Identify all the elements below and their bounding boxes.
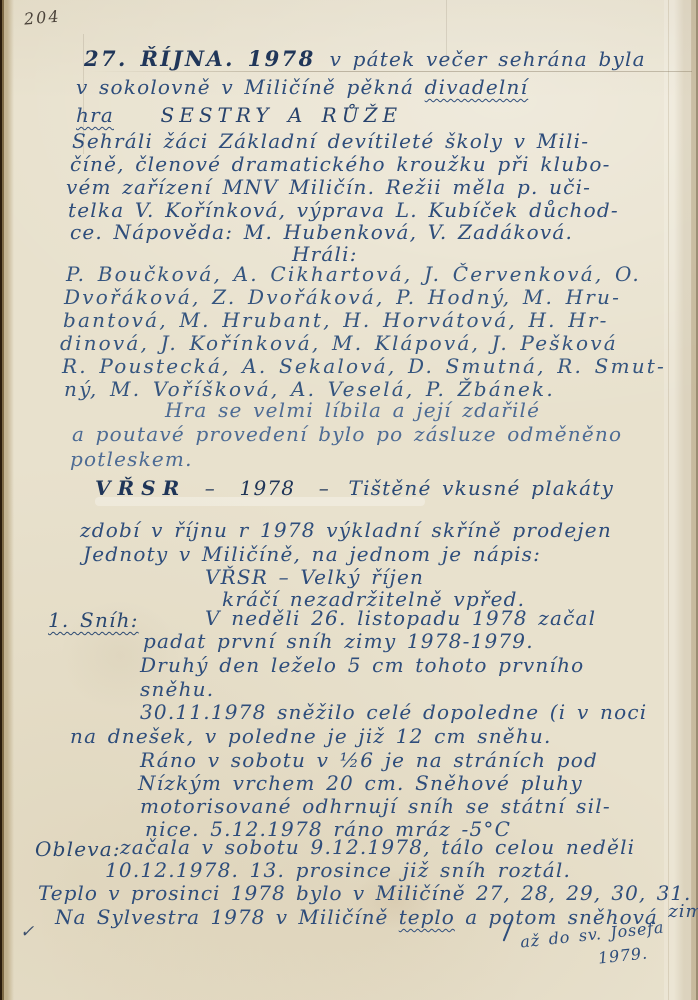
snow-line: padat první sníh zimy 1978-1979. [143, 630, 534, 652]
vrsr-heading-rest: Tištěné vkusné plakáty [349, 476, 615, 500]
snow-line: Ráno v sobotu v ½6 je na stráních pod [140, 749, 598, 771]
snow-line: sněhu. [140, 678, 214, 700]
theatre-body-line: číně, členové dramatického kroužku při k… [70, 153, 611, 175]
vrsr-body-line: zdobí v říjnu r 1978 výkladní skříně pro… [80, 519, 612, 541]
entry-theatre-line-3: hra SESTRY A RŮŽE [76, 104, 402, 126]
vrsr-abbr: VŘSR [95, 476, 186, 500]
theatre-body-line: ce. Nápověda: M. Hubenková, V. Zadáková. [70, 221, 573, 243]
play-title: SESTRY A RŮŽE [161, 103, 403, 127]
thaw-label: Obleva: [35, 838, 121, 860]
cast-line: dinová, J. Kořínková, M. Klápová, J. Peš… [60, 332, 618, 354]
book-binding-edge [0, 0, 14, 1000]
theatre-body-line: telka V. Kořínková, výprava L. Kubíček d… [68, 199, 619, 221]
page-number: 204 [23, 6, 61, 28]
closing-line: potleskem. [70, 448, 193, 470]
snow-line: na dnešek, v poledne je již 12 cm sněhu. [70, 725, 552, 747]
vrsr-slogan-line: VŘSR – Velký říjen [205, 566, 424, 588]
snow-line: motorisované odhrnují sníh se státní sil… [140, 795, 611, 817]
snow-line: Nízkým vrchem 20 cm. Sněhové pluhy [138, 772, 583, 794]
snow-line: V neděli 26. listopadu 1978 začal [205, 607, 596, 629]
vrsr-year: – 1978 – [205, 476, 330, 500]
faint-ruled-line [90, 71, 692, 72]
underlined-word-hra: hra [76, 103, 114, 127]
chronicle-page: 204 27. ŘÍJNA. 1978v pátek večer sehrána… [0, 0, 698, 1000]
theatre-body-line: Sehráli žáci Základní devítileté školy v… [72, 130, 589, 152]
cast-line: bantová, M. Hrubant, H. Horvátová, H. Hr… [63, 309, 609, 331]
cast-line: Dvořáková, Z. Dvořáková, P. Hodný, M. Hr… [64, 286, 621, 308]
snow-label: 1. Sníh: [48, 609, 139, 631]
cast-line: P. Boučková, A. Cikhartová, J. Červenkov… [66, 263, 641, 285]
snow-line: Druhý den leželo 5 cm tohoto prvního [140, 654, 584, 676]
vrsr-heading: VŘSR – 1978 – Tištěné vkusné plakáty [95, 477, 614, 499]
thaw-line: 10.12.1978. 13. prosince již sníh roztál… [105, 859, 571, 881]
sylvester-raised-word: zima [668, 901, 698, 922]
theatre-body-line: vém zařízení MNV Miličín. Režii měla p. … [66, 176, 591, 198]
thaw-line: začala v sobotu 9.12.1978, tálo celou ne… [120, 836, 635, 858]
line2-text: v sokolovně v Miličíně pěkná [76, 75, 414, 99]
entry-date-rest: v pátek večer sehrána byla [330, 47, 646, 71]
closing-line: a poutavé provedení bylo po zásluze odmě… [72, 423, 622, 445]
closing-line: Hra se velmi líbila a její zdařilé [165, 399, 540, 421]
cast-line: ný, M. Voříšková, A. Veselá, P. Žbánek. [64, 378, 555, 400]
checkmark: ✓ [20, 922, 34, 942]
december-note: Teplo v prosinci 1978 bylo v Miličíně 27… [38, 882, 698, 904]
snow-line: 30.11.1978 sněžilo celé dopoledne (i v n… [140, 701, 647, 723]
page-right-edge-shadow [674, 0, 698, 1000]
entry-date: 27. ŘÍJNA. 1978 [84, 46, 316, 71]
sylvester-pre: Na Sylvestra 1978 v Miličíně [55, 905, 388, 929]
entry-theatre-line-1: 27. ŘÍJNA. 1978v pátek večer sehrána byl… [84, 48, 646, 70]
page-fold-line [668, 0, 669, 1000]
entry-theatre-line-2: v sokolovně v Miličíně pěkná divadelní [76, 76, 528, 98]
vrsr-body-line: Jednoty v Miličíně, na jednom je nápis: [83, 543, 541, 565]
underlined-word-teplo: teplo [399, 905, 455, 929]
cast-line: R. Poustecká, A. Sekalová, D. Smutná, R.… [62, 355, 666, 377]
annotation-line: 1979. [597, 942, 649, 969]
underlined-word-divadelni: divadelní [425, 75, 529, 99]
